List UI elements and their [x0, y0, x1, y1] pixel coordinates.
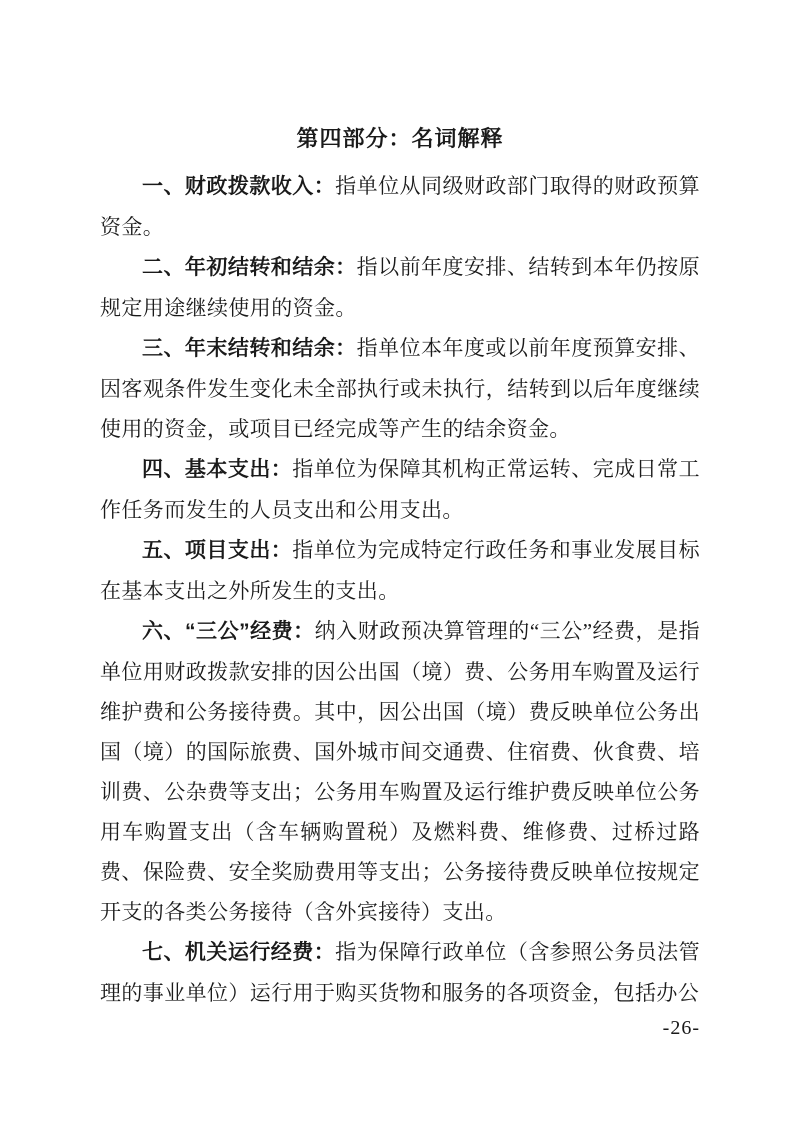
glossary-paragraph: 四、基本支出：指单位为保障其机构正常运转、完成日常工作任务而发生的人员支出和公用…: [100, 449, 700, 530]
term-label: 五、项目支出：: [142, 539, 292, 562]
page-title: 第四部分：名词解释: [100, 118, 700, 160]
glossary-paragraph: 三、年末结转和结余：指单位本年度或以前年度预算安排、因客观条件发生变化未全部执行…: [100, 328, 700, 449]
glossary-paragraph: 六、“三公”经费：纳入财政预决算管理的“三公”经费，是指单位用财政拨款安排的因公…: [100, 611, 700, 932]
glossary-paragraph: 二、年初结转和结余：指以前年度安排、结转到本年仍按原规定用途继续使用的资金。: [100, 247, 700, 328]
term-label: 二、年初结转和结余：: [142, 256, 357, 279]
term-label: 四、基本支出：: [142, 458, 292, 481]
page-number: -26-: [100, 1013, 700, 1043]
glossary-paragraph: 一、财政拨款收入：指单位从同级财政部门取得的财政预算资金。: [100, 166, 700, 247]
term-definition: 纳入财政预决算管理的“三公”经费，是指单位用财政拨款安排的因公出国（境）费、公务…: [100, 619, 700, 924]
term-label: 七、机关运行经费：: [142, 941, 335, 964]
glossary-paragraph: 五、项目支出：指单位为完成特定行政任务和事业发展目标在基本支出之外所发生的支出。: [100, 530, 700, 611]
document-page: 第四部分：名词解释 一、财政拨款收入：指单位从同级财政部门取得的财政预算资金。 …: [0, 0, 793, 1122]
term-label: 三、年末结转和结余：: [142, 337, 357, 360]
glossary-paragraph: 七、机关运行经费：指为保障行政单位（含参照公务员法管理的事业单位）运行用于购买货…: [100, 932, 700, 1013]
term-label: 六、“三公”经费：: [142, 620, 315, 643]
term-label: 一、财政拨款收入：: [142, 175, 335, 198]
